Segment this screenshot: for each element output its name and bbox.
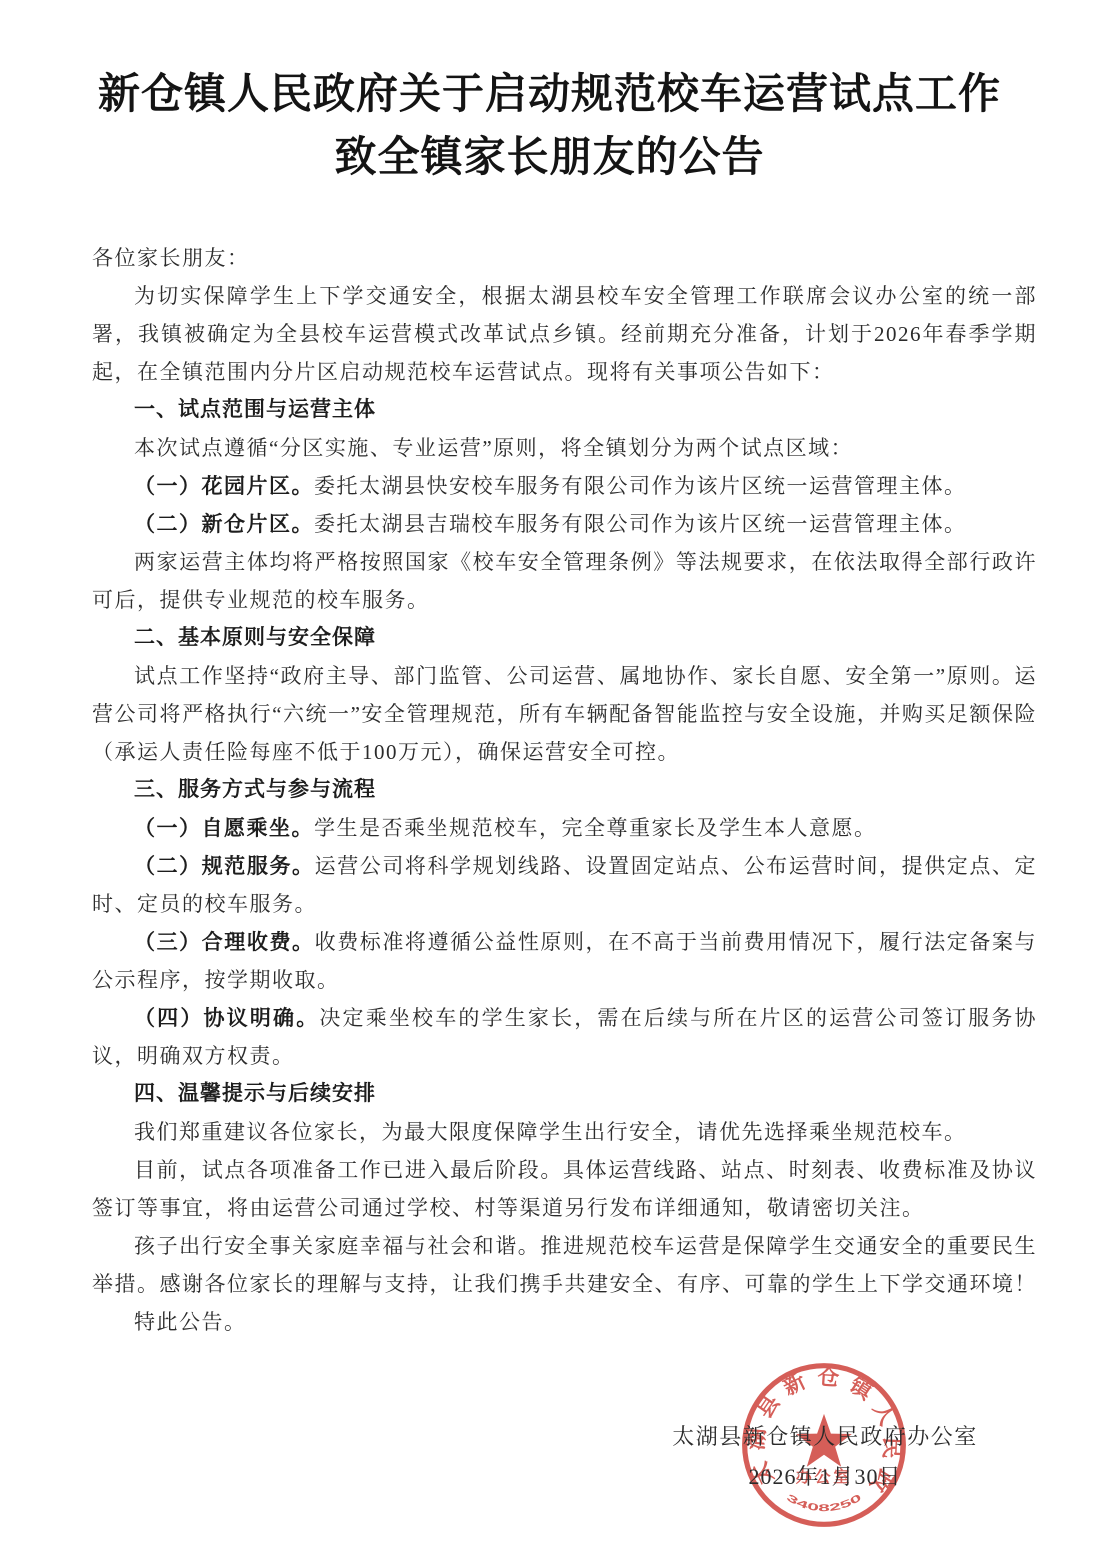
section-heading: 二、基本原则与安全保障 <box>92 619 1037 657</box>
signature-date: 2026年1月30日 <box>575 1462 1075 1492</box>
paragraph-text: 委托太湖县快安校车服务有限公司作为该片区统一运营管理主体。 <box>314 474 967 498</box>
paragraph-text: 我们郑重建议各位家长，为最大限度保障学生出行安全，请优先选择乘坐规范校车。 <box>134 1120 967 1144</box>
paragraph-text: 试点工作坚持“政府主导、部门监管、公司运营、属地协作、家长自愿、安全第一”原则。… <box>92 664 1037 764</box>
paragraph-text: 本次试点遵循“分区实施、专业运营”原则，将全镇划分为两个试点区域： <box>134 436 853 460</box>
body-paragraph: 目前，试点各项准备工作已进入最后阶段。具体运营线路、站点、时刻表、收费标准及协议… <box>92 1151 1037 1227</box>
section-heading: 三、服务方式与参与流程 <box>92 771 1037 809</box>
item-lead: （一）花园片区。 <box>134 474 314 498</box>
body-paragraph: 我们郑重建议各位家长，为最大限度保障学生出行安全，请优先选择乘坐规范校车。 <box>92 1113 1037 1151</box>
section-heading: 四、温馨提示与后续安排 <box>92 1075 1037 1113</box>
body-paragraph: 试点工作坚持“政府主导、部门监管、公司运营、属地协作、家长自愿、安全第一”原则。… <box>92 657 1037 771</box>
paragraph-text: 学生是否乘坐规范校车，完全尊重家长及学生本人意愿。 <box>314 816 877 840</box>
body-paragraph: 为切实保障学生上下学交通安全，根据太湖县校车安全管理工作联席会议办公室的统一部署… <box>92 277 1037 391</box>
list-item-paragraph: （一）花园片区。委托太湖县快安校车服务有限公司作为该片区统一运营管理主体。 <box>92 467 1037 505</box>
paragraph-text: 四、温馨提示与后续安排 <box>134 1082 376 1105</box>
item-lead: （三）合理收费。 <box>134 930 315 954</box>
body-paragraph: 特此公告。 <box>92 1303 1037 1341</box>
list-item-paragraph: （二）新仓片区。委托太湖县吉瑞校车服务有限公司作为该片区统一运营管理主体。 <box>92 505 1037 543</box>
list-item-paragraph: （四）协议明确。决定乘坐校车的学生家长，需在后续与所在片区的运营公司签订服务协议… <box>92 999 1037 1075</box>
paragraph-text: 目前，试点各项准备工作已进入最后阶段。具体运营线路、站点、时刻表、收费标准及协议… <box>92 1158 1037 1220</box>
paragraph-text: 二、基本原则与安全保障 <box>134 626 376 649</box>
paragraph-text: 一、试点范围与运营主体 <box>134 398 376 421</box>
title-line-2: 致全镇家长朋友的公告 <box>334 135 764 181</box>
item-lead: （二）规范服务。 <box>134 854 315 878</box>
item-lead: （四）协议明确。 <box>134 1006 319 1030</box>
announcement-document: 新仓镇人民政府关于启动规范校车运营试点工作致全镇家长朋友的公告 各位家长朋友：为… <box>0 0 1099 1563</box>
document-title: 新仓镇人民政府关于启动规范校车运营试点工作致全镇家长朋友的公告 <box>40 64 1059 190</box>
paragraph-text: 各位家长朋友： <box>92 246 250 270</box>
document-body: 各位家长朋友：为切实保障学生上下学交通安全，根据太湖县校车安全管理工作联席会议办… <box>0 239 1099 1341</box>
paragraph-text: 为切实保障学生上下学交通安全，根据太湖县校车安全管理工作联席会议办公室的统一部署… <box>92 284 1037 384</box>
paragraph-text: 两家运营主体均将严格按照国家《校车安全管理条例》等法规要求，在依法取得全部行政许… <box>92 550 1037 612</box>
salutation: 各位家长朋友： <box>92 239 1037 277</box>
paragraph-text: 三、服务方式与参与流程 <box>134 778 376 801</box>
body-paragraph: 本次试点遵循“分区实施、专业运营”原则，将全镇划分为两个试点区域： <box>92 429 1037 467</box>
list-item-paragraph: （二）规范服务。运营公司将科学规划线路、设置固定站点、公布运营时间，提供定点、定… <box>92 847 1037 923</box>
item-lead: （二）新仓片区。 <box>134 512 314 536</box>
title-line-1: 新仓镇人民政府关于启动规范校车运营试点工作 <box>98 72 1001 118</box>
paragraph-text: 委托太湖县吉瑞校车服务有限公司作为该片区统一运营管理主体。 <box>314 512 967 536</box>
signature-organization: 太湖县新仓镇人民政府办公室 <box>575 1422 1075 1452</box>
body-paragraph: 两家运营主体均将严格按照国家《校车安全管理条例》等法规要求，在依法取得全部行政许… <box>92 543 1037 619</box>
list-item-paragraph: （三）合理收费。收费标准将遵循公益性原则，在不高于当前费用情况下，履行法定备案与… <box>92 923 1037 999</box>
section-heading: 一、试点范围与运营主体 <box>92 391 1037 429</box>
item-lead: （一）自愿乘坐。 <box>134 816 314 840</box>
list-item-paragraph: （一）自愿乘坐。学生是否乘坐规范校车，完全尊重家长及学生本人意愿。 <box>92 809 1037 847</box>
body-paragraph: 孩子出行安全事关家庭幸福与社会和谐。推进规范校车运营是保障学生交通安全的重要民生… <box>92 1227 1037 1303</box>
paragraph-text: 孩子出行安全事关家庭幸福与社会和谐。推进规范校车运营是保障学生交通安全的重要民生… <box>92 1234 1037 1296</box>
paragraph-text: 特此公告。 <box>134 1310 247 1334</box>
